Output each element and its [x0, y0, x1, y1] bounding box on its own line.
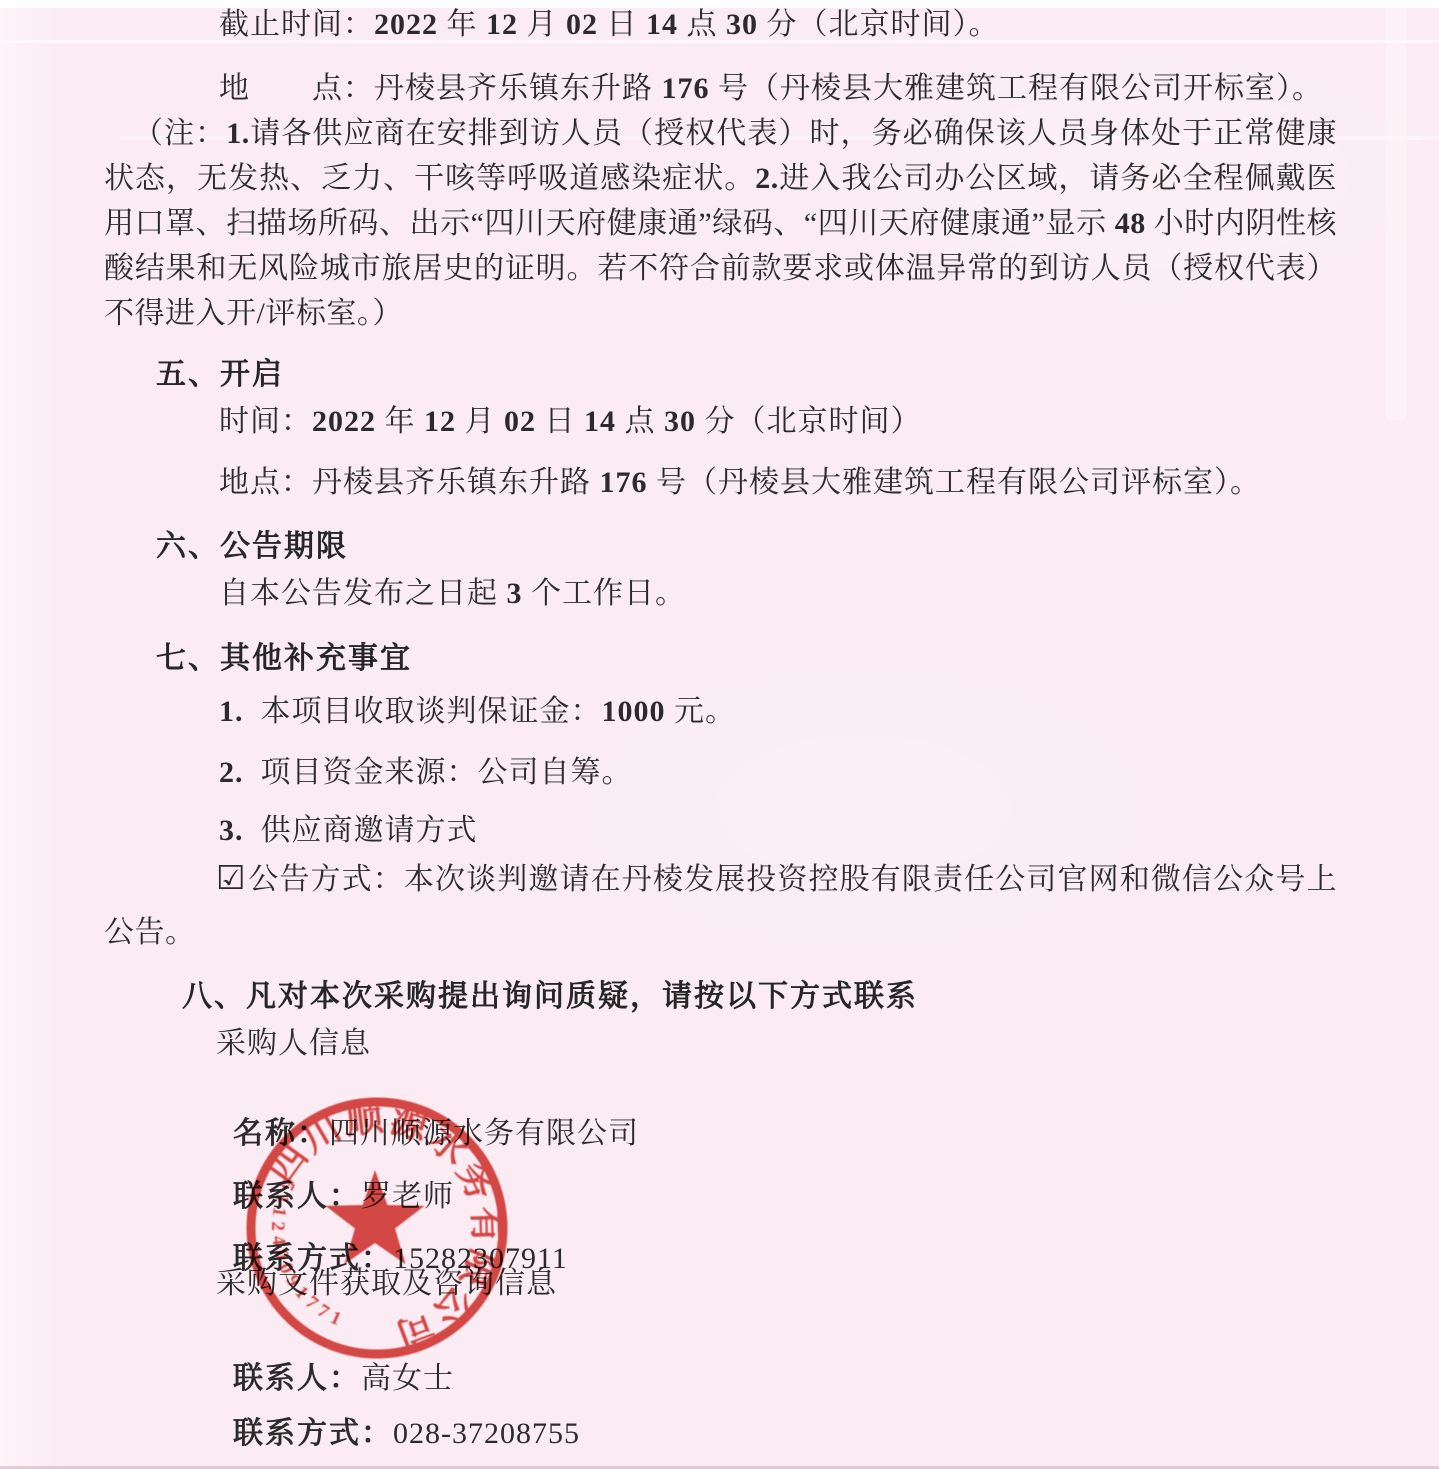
seal-star-icon [326, 1170, 425, 1264]
opening-place-line: 地点：丹棱县齐乐镇东升路 176 号（丹棱县大雅建筑工程有限公司评标室）。 [219, 466, 1261, 501]
deadline-line: 截止时间：2022 年 12 月 02 日 14 点 30 分（北京时间）。 [219, 8, 1000, 43]
invitation-item-line: 3. 供应商邀请方式 [219, 814, 478, 849]
deposit-item-line: 1. 本项目收取谈判保证金：1000 元。 [219, 695, 736, 730]
note-paragraph: （注：1.请各供应商在安排到访人员（授权代表）时，务必确保该人员身体处于正常健康… [104, 111, 1337, 336]
checked-checkbox-icon: ☑ [216, 858, 248, 897]
phone-value: 028-37208755 [393, 1417, 580, 1450]
announcement-period-line: 自本公告发布之日起 3 个工作日。 [219, 577, 686, 612]
section5-heading: 五、开启 [156, 349, 284, 393]
funding-item-line: 2. 项目资金来源：公司自筹。 [219, 756, 633, 791]
scan-streak [1386, 0, 1406, 420]
section6-heading: 六、公告期限 [156, 521, 348, 565]
announce-method-paragraph: ☑公告方式：本次谈判邀请在丹棱发展投资控股有限责任公司官网和微信公众号上公告。 [104, 851, 1337, 959]
opening-time-line: 时间：2022 年 12 月 02 日 14 点 30 分（北京时间） [219, 405, 922, 440]
section8-heading: 八、凡对本次采购提出询问质疑，请按以下方式联系 [182, 971, 918, 1015]
procurement-announcement-document: { "page": { "bg_color": "#fbecf3", "text… [0, 0, 1439, 1469]
docs-phone-line: 联系方式：028-37208755 [216, 1382, 580, 1451]
scanner-white-strip [0, 0, 1439, 8]
company-seal: 四川顺源水务有限公司 511240091771 [227, 1078, 527, 1378]
page-left-edge-light [0, 0, 62, 1469]
phone-label: 联系方式： [233, 1417, 393, 1450]
location-line: 地 点：丹棱县齐乐镇东升路 176 号（丹棱县大雅建筑工程有限公司开标室）。 [219, 72, 1323, 107]
purchaser-info-title: 采购人信息 [216, 1027, 371, 1062]
announce-method-text: 公告方式：本次谈判邀请在丹棱发展投资控股有限责任公司官网和微信公众号上公告。 [104, 863, 1337, 949]
section7-heading: 七、其他补充事宜 [156, 633, 412, 677]
